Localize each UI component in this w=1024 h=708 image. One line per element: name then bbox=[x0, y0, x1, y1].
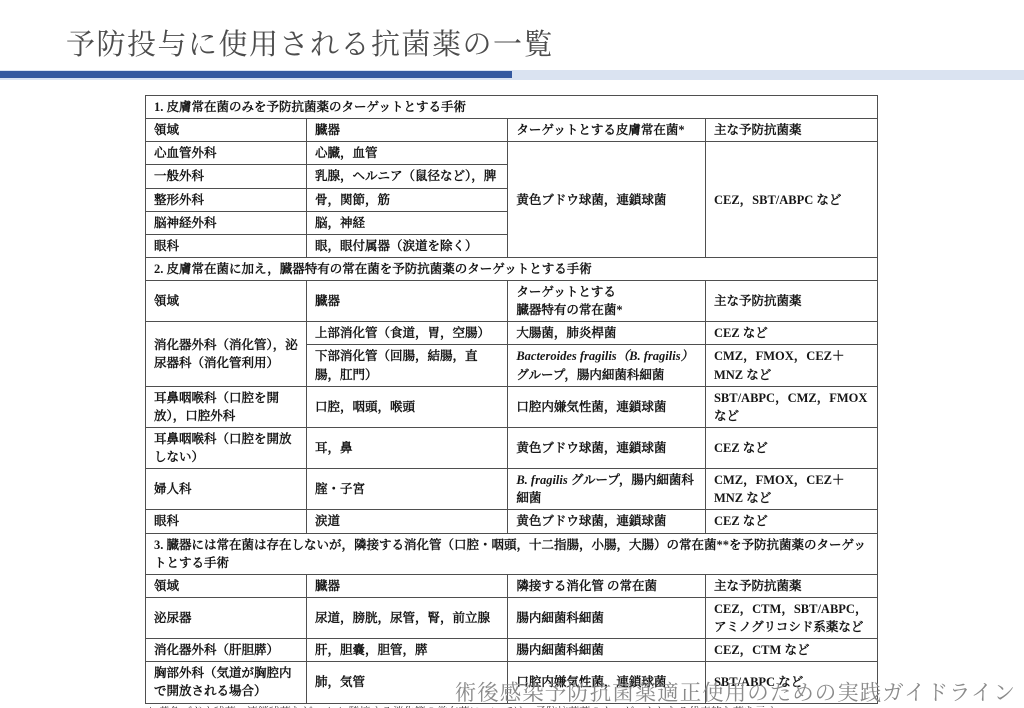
cell-organ: 脳，神経 bbox=[307, 211, 508, 234]
cell-area: 眼科 bbox=[146, 234, 307, 257]
cell-area: 脳神経外科 bbox=[146, 211, 307, 234]
section3-header-bacteria: 隣接する消化管 の常在菌 bbox=[508, 574, 706, 597]
cell-bacteria: 口腔内嫌気性菌，連鎖球菌 bbox=[508, 386, 706, 427]
cell-area: 泌尿器 bbox=[146, 597, 307, 638]
cell-drugs: CMZ，FMOX，CEZ＋MNZ など bbox=[705, 469, 877, 510]
cell-area: 婦人科 bbox=[146, 469, 307, 510]
section2-caption: 2. 皮膚常在菌に加え，臓器特有の常在菌を予防抗菌薬のターゲットとする手術 bbox=[146, 257, 878, 280]
section3-header-row: 領域 臓器 隣接する消化管 の常在菌 主な予防抗菌薬 bbox=[146, 574, 878, 597]
bacteria-rest: グループ，腸内細菌科細菌 bbox=[516, 368, 664, 382]
cell-bacteria: Bacteroides fragilis（B. fragilis）グループ，腸内… bbox=[508, 345, 706, 386]
cell-area: 消化器外科（肝胆膵） bbox=[146, 639, 307, 662]
section2-header-row: 領域 臓器 ターゲットとする 臓器特有の常在菌* 主な予防抗菌薬 bbox=[146, 281, 878, 322]
cell-drugs: CMZ，FMOX，CEZ＋MNZ など bbox=[705, 345, 877, 386]
cell-organ: 腟・子宮 bbox=[307, 469, 508, 510]
cell-area: 一般外科 bbox=[146, 165, 307, 188]
section1-header-organ: 臓器 bbox=[307, 119, 508, 142]
antibiotics-table: 1. 皮膚常在菌のみを予防抗菌薬のターゲットとする手術 領域 臓器 ターゲットと… bbox=[145, 95, 878, 704]
section2-header-drugs: 主な予防抗菌薬 bbox=[705, 281, 877, 322]
bacteria-latin-name: B. fragilis bbox=[516, 473, 567, 487]
cell-organ: 眼，眼付属器（涙道を除く） bbox=[307, 234, 508, 257]
section1-caption-row: 1. 皮膚常在菌のみを予防抗菌薬のターゲットとする手術 bbox=[146, 96, 878, 119]
cell-drugs: SBT/ABPC，CMZ，FMOX など bbox=[705, 386, 877, 427]
cell-area: 整形外科 bbox=[146, 188, 307, 211]
antibiotics-table-container: 1. 皮膚常在菌のみを予防抗菌薬のターゲットとする手術 領域 臓器 ターゲットと… bbox=[145, 95, 878, 708]
section2-header-bacteria: ターゲットとする 臓器特有の常在菌* bbox=[508, 281, 706, 322]
table-row: 心血管外科 心臓，血管 黄色ブドウ球菌，連鎖球菌 CEZ，SBT/ABPC など bbox=[146, 142, 878, 165]
table-row: 消化器外科（肝胆膵） 肝，胆嚢，胆管，膵 腸内細菌科細菌 CEZ，CTM など bbox=[146, 639, 878, 662]
section3-header-area: 領域 bbox=[146, 574, 307, 597]
cell-drugs: CEZ，CTM，SBT/ABPC，アミノグリコシド系薬など bbox=[705, 597, 877, 638]
cell-bacteria: 腸内細菌科細菌 bbox=[508, 597, 706, 638]
section1-header-drugs: 主な予防抗菌薬 bbox=[705, 119, 877, 142]
cell-area-merged: 消化器外科（消化管），泌尿器科（消化管利用） bbox=[146, 322, 307, 386]
section2-caption-row: 2. 皮膚常在菌に加え，臓器特有の常在菌を予防抗菌薬のターゲットとする手術 bbox=[146, 257, 878, 280]
cell-drugs: CEZ など bbox=[705, 510, 877, 533]
table-row: 婦人科 腟・子宮 B. fragilis グループ，腸内細菌科細菌 CMZ，FM… bbox=[146, 469, 878, 510]
section3-header-drugs: 主な予防抗菌薬 bbox=[705, 574, 877, 597]
cell-organ: 上部消化管（食道，胃，空腸） bbox=[307, 322, 508, 345]
table-row: 耳鼻咽喉科（口腔を開放），口腔外科 口腔，咽頭，喉頭 口腔内嫌気性菌，連鎖球菌 … bbox=[146, 386, 878, 427]
title-underline-bar bbox=[0, 70, 1024, 80]
cell-bacteria: B. fragilis グループ，腸内細菌科細菌 bbox=[508, 469, 706, 510]
cell-bacteria-merged: 黄色ブドウ球菌，連鎖球菌 bbox=[508, 142, 706, 258]
cell-organ: 下部消化管（回腸，結腸，直腸，肛門） bbox=[307, 345, 508, 386]
table-row: 消化器外科（消化管），泌尿器科（消化管利用） 上部消化管（食道，胃，空腸） 大腸… bbox=[146, 322, 878, 345]
section2-header-area: 領域 bbox=[146, 281, 307, 322]
cell-area: 耳鼻咽喉科（口腔を開放），口腔外科 bbox=[146, 386, 307, 427]
section1-caption: 1. 皮膚常在菌のみを予防抗菌薬のターゲットとする手術 bbox=[146, 96, 878, 119]
section1-header-area: 領域 bbox=[146, 119, 307, 142]
section2-header-bacteria-line2: 臓器特有の常在菌* bbox=[516, 303, 622, 317]
section1-header-row: 領域 臓器 ターゲットとする皮膚常在菌* 主な予防抗菌薬 bbox=[146, 119, 878, 142]
cell-organ: 耳，鼻 bbox=[307, 427, 508, 468]
section3-header-organ: 臓器 bbox=[307, 574, 508, 597]
cell-area: 耳鼻咽喉科（口腔を開放しない） bbox=[146, 427, 307, 468]
cell-area: 胸部外科（気道が胸腔内で開放される場合） bbox=[146, 662, 307, 703]
cell-bacteria: 黄色ブドウ球菌，連鎖球菌 bbox=[508, 510, 706, 533]
table-row: 泌尿器 尿道，膀胱，尿管，腎，前立腺 腸内細菌科細菌 CEZ，CTM，SBT/A… bbox=[146, 597, 878, 638]
cell-organ: 涙道 bbox=[307, 510, 508, 533]
cell-drugs: CEZ，CTM など bbox=[705, 639, 877, 662]
cell-area: 眼科 bbox=[146, 510, 307, 533]
cell-drugs: CEZ など bbox=[705, 427, 877, 468]
section2-header-bacteria-line1: ターゲットとする bbox=[516, 285, 616, 299]
title-underline-bar-accent bbox=[0, 71, 512, 78]
table-row: 耳鼻咽喉科（口腔を開放しない） 耳，鼻 黄色ブドウ球菌，連鎖球菌 CEZ など bbox=[146, 427, 878, 468]
cell-organ: 乳腺，ヘルニア（鼠径など），脾 bbox=[307, 165, 508, 188]
section1-header-bacteria: ターゲットとする皮膚常在菌* bbox=[508, 119, 706, 142]
cell-organ: 骨，関節，筋 bbox=[307, 188, 508, 211]
cell-drugs-merged: CEZ，SBT/ABPC など bbox=[705, 142, 877, 258]
section3-caption: 3. 臓器には常在菌は存在しないが，隣接する消化管（口腔・咽頭，十二指腸，小腸，… bbox=[146, 533, 878, 574]
section3-caption-row: 3. 臓器には常在菌は存在しないが，隣接する消化管（口腔・咽頭，十二指腸，小腸，… bbox=[146, 533, 878, 574]
bacteria-latin-name: Bacteroides fragilis（B. fragilis） bbox=[516, 349, 693, 363]
source-guideline-caption: 術後感染予防抗菌薬適正使用のための実践ガイドライン bbox=[455, 676, 1016, 707]
cell-organ: 口腔，咽頭，喉頭 bbox=[307, 386, 508, 427]
cell-organ: 尿道，膀胱，尿管，腎，前立腺 bbox=[307, 597, 508, 638]
page-title: 予防投与に使用される抗菌薬の一覧 bbox=[66, 22, 966, 63]
cell-organ: 心臓，血管 bbox=[307, 142, 508, 165]
cell-area: 心血管外科 bbox=[146, 142, 307, 165]
cell-drugs: CEZ など bbox=[705, 322, 877, 345]
cell-bacteria: 黄色ブドウ球菌，連鎖球菌 bbox=[508, 427, 706, 468]
cell-bacteria: 腸内細菌科細菌 bbox=[508, 639, 706, 662]
cell-bacteria: 大腸菌，肺炎桿菌 bbox=[508, 322, 706, 345]
cell-organ: 肝，胆嚢，胆管，膵 bbox=[307, 639, 508, 662]
section2-header-organ: 臓器 bbox=[307, 281, 508, 322]
table-row: 眼科 涙道 黄色ブドウ球菌，連鎖球菌 CEZ など bbox=[146, 510, 878, 533]
